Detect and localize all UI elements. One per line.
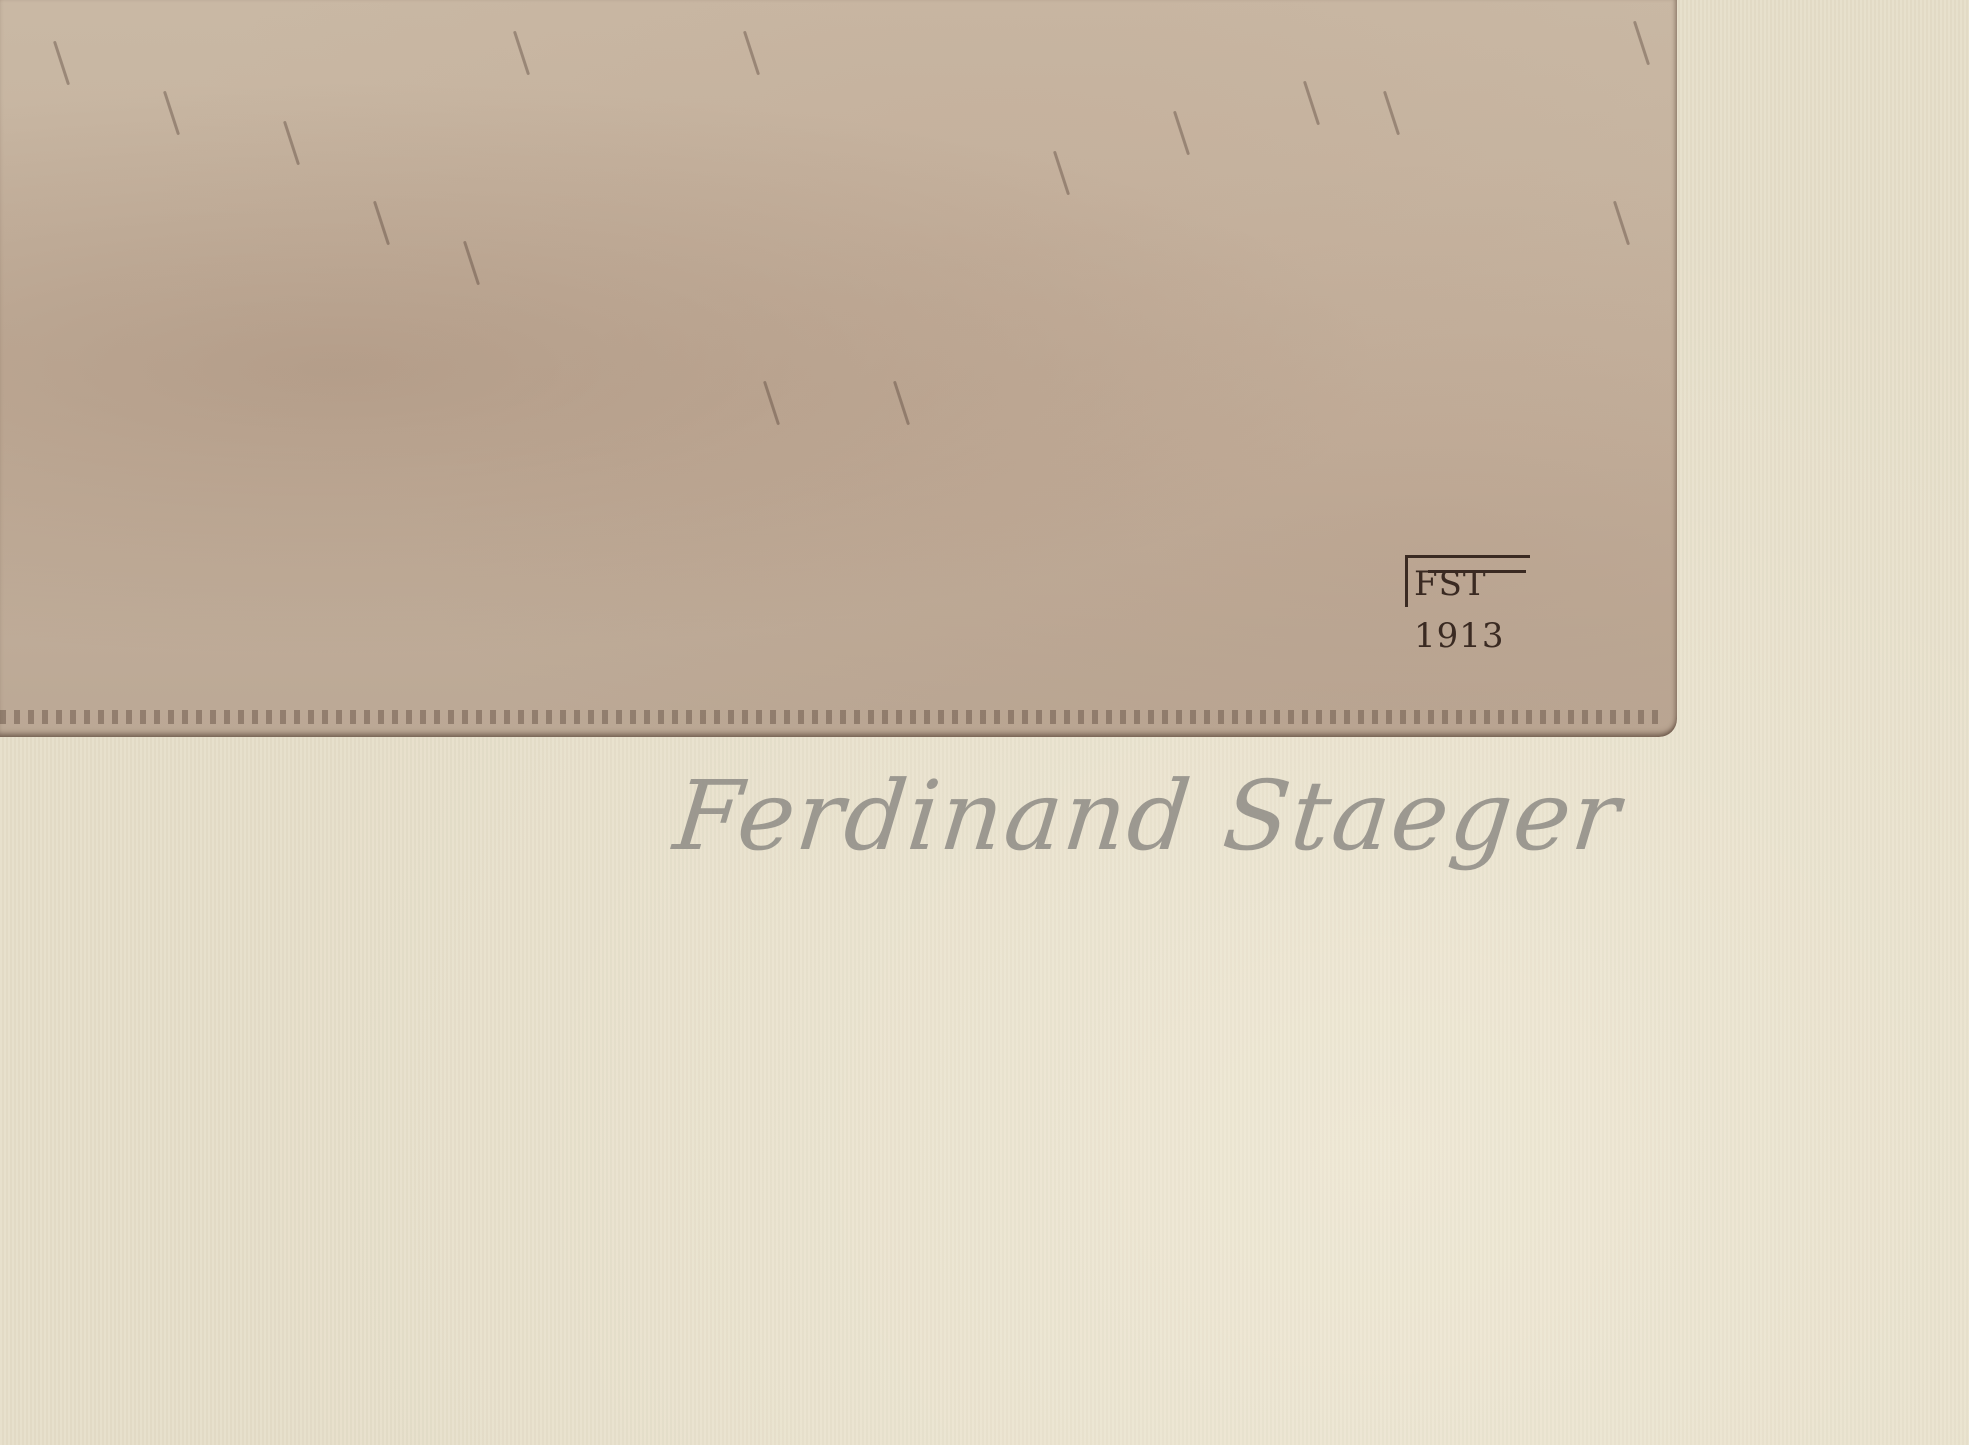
- plate-bottom-edge: [0, 710, 1660, 724]
- hatch-mark: [763, 381, 780, 426]
- hatch-mark: [743, 31, 760, 76]
- etched-plate-area: FST 1913: [0, 0, 1677, 737]
- hatch-mark: [1173, 111, 1190, 156]
- hatch-mark: [1613, 201, 1630, 246]
- hatch-mark: [1633, 21, 1650, 66]
- hatch-mark: [163, 91, 180, 136]
- hatch-mark: [1303, 81, 1320, 126]
- hatch-mark: [893, 381, 910, 426]
- hatch-mark: [373, 201, 390, 246]
- pencil-signature: Ferdinand Staeger: [669, 760, 1626, 872]
- hatch-mark: [53, 41, 70, 86]
- hatch-mark: [1053, 151, 1070, 196]
- hatch-mark: [1383, 91, 1400, 136]
- hatch-mark: [513, 31, 530, 76]
- hatch-mark: [463, 241, 480, 286]
- hatch-mark: [283, 121, 300, 166]
- artist-monogram: FST 1913: [1405, 555, 1530, 607]
